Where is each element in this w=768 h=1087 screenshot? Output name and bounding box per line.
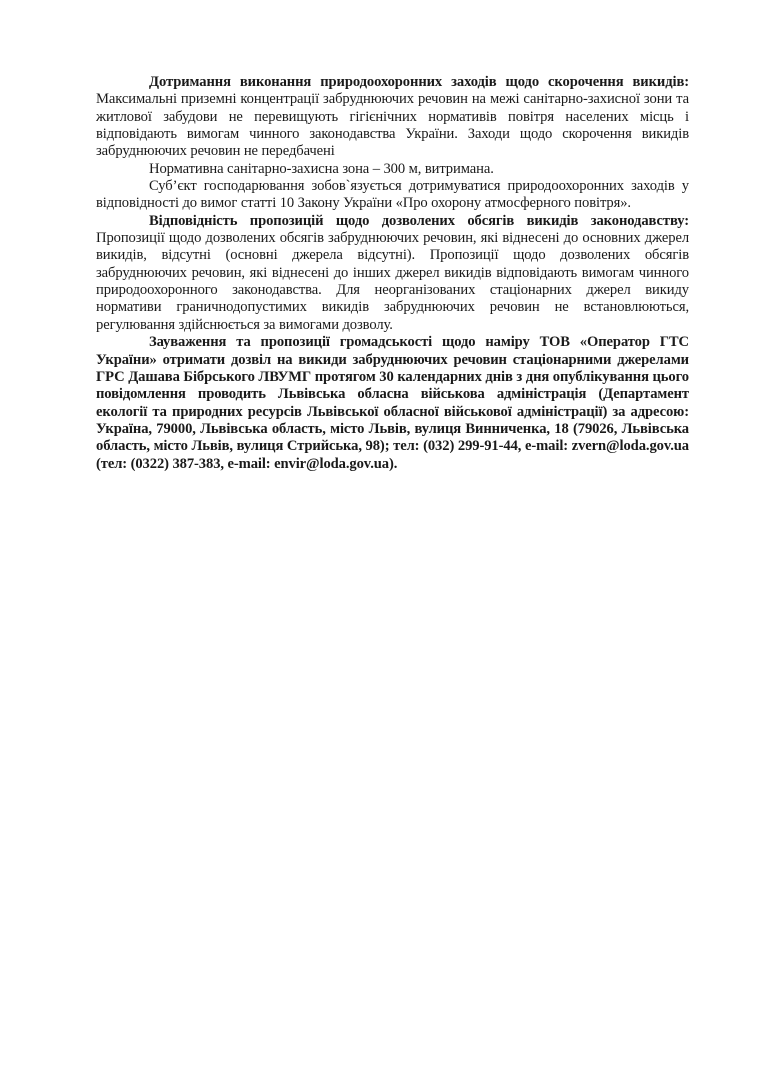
paragraph-obligation: Суб’єкт господарювання зобов`язується до… (96, 178, 689, 213)
section-emissions-reduction: Дотримання виконання природоохоронних за… (96, 74, 689, 161)
paragraph-public-comments: Зауваження та пропозиції громадськості щ… (96, 334, 689, 473)
document-page: Дотримання виконання природоохоронних за… (96, 74, 689, 473)
paragraph-sanitary-zone: Нормативна санітарно-захисна зона – 300 … (96, 161, 689, 178)
section-compliance: Відповідність пропозицій щодо дозволених… (96, 213, 689, 334)
heading-emissions-reduction: Дотримання виконання природоохоронних за… (96, 74, 689, 91)
paragraph-emissions-reduction: Максимальні приземні концентрації забруд… (96, 91, 689, 160)
paragraph-compliance: Пропозиції щодо дозволених обсягів забру… (96, 230, 689, 334)
heading-compliance: Відповідність пропозицій щодо дозволених… (96, 213, 689, 230)
